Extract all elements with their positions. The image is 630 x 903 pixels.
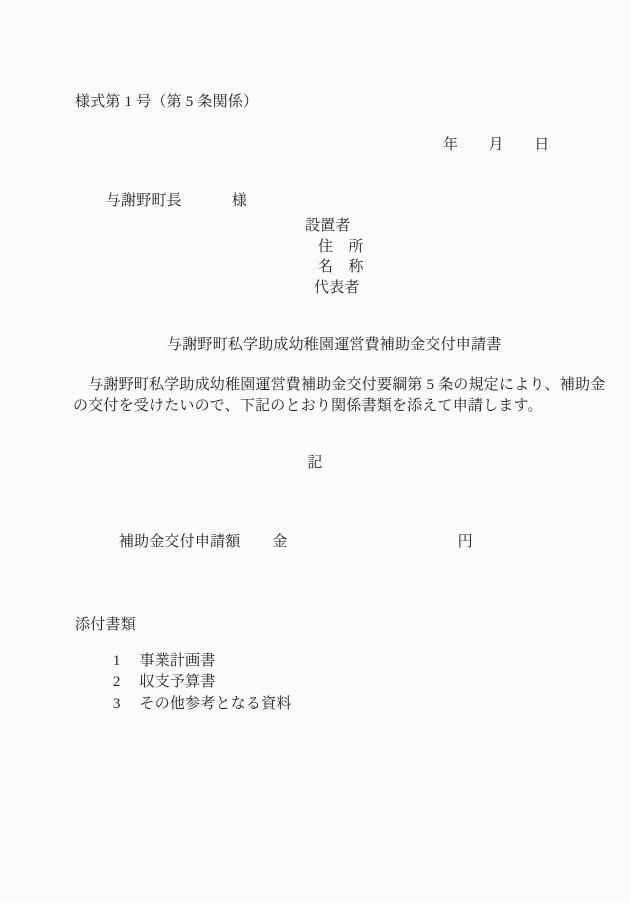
amount-line: 補助金交付申請額金円 (103, 519, 473, 566)
addressee-honorific: 様 (232, 193, 247, 209)
installer-field-name: 名 称 (318, 260, 364, 276)
document-page: 様式第 1 号（第 5 条関係） 年 月 日 与謝野町長様 設置者 住 所 名 … (0, 0, 630, 903)
form-number: 様式第 1 号（第 5 条関係） (75, 95, 258, 111)
attachment-text: その他参考となる資料 (140, 696, 292, 712)
installer-heading: 設置者 (305, 219, 351, 235)
amount-label: 補助金交付申請額 (119, 534, 241, 550)
installer-field-address: 住 所 (318, 240, 364, 256)
date-line: 年 月 日 (443, 138, 549, 154)
addressee-line: 与謝野町長様 (90, 178, 247, 225)
attachment-number: 3 (113, 696, 121, 712)
attachments-heading: 添付書類 (75, 618, 136, 634)
amount-currency-suffix: 円 (458, 534, 473, 550)
addressee-name: 与謝野町長 (106, 193, 182, 209)
body-paragraph-line-2: の交付を受けたいので、下記のとおり関係書類を添えて申請します。 (73, 399, 543, 415)
amount-currency-prefix: 金 (272, 534, 287, 550)
attachment-item: 3その他参考となる資料 (97, 681, 292, 728)
body-paragraph-line-1: 与謝野町私学助成幼稚園運営費補助金交付要綱第 5 条の規定により、補助金 (73, 378, 605, 394)
ki-marker: 記 (0, 456, 630, 472)
document-title: 与謝野町私学助成幼稚園運営費補助金交付申請書 (167, 338, 501, 354)
installer-field-representative: 代表者 (314, 281, 360, 297)
